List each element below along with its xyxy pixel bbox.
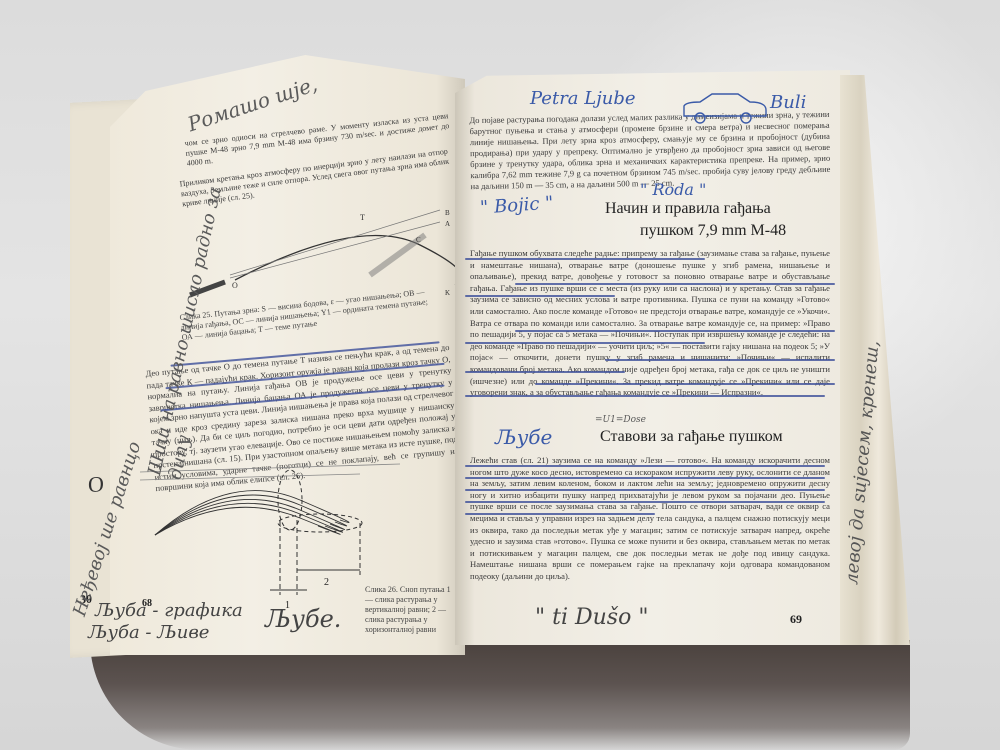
pen-underline [535,383,835,385]
section-1-title-line-2: пушком 7,9 mm М-48 [640,222,786,240]
handwriting-right-bottom: " ti Dušo " [535,605,648,630]
pen-underline [465,501,825,503]
svg-text:O: O [232,281,238,290]
pen-underline [515,330,835,332]
right-page-number: 69 [790,612,802,627]
left-page: чом се зрно односи на стрелчево раме. У … [110,55,465,655]
pen-underline [465,295,615,297]
pen-underline [465,477,825,479]
handwriting-right-top-label: Buli [770,92,806,113]
pen-underline [465,371,625,373]
back-page-heading: О [88,471,104,498]
pen-underline [465,489,825,491]
handwriting-section-2-note: Љубе [495,425,552,449]
book-shadow [90,640,910,750]
svg-text:B: B [445,209,450,217]
section-2-paragraph: Намештање нишана врши се померањем гајке… [470,559,830,581]
pen-underline [465,395,825,397]
section-2-body: Лежећи став (сл. 21) заузима се на коман… [470,455,830,583]
car-doodle-icon [680,92,770,124]
section-2-title: Ставови за гађање пушком [600,428,783,446]
svg-text:C: C [416,236,421,244]
svg-text:T: T [360,213,365,222]
pen-underline [465,258,705,260]
handwriting-left-bottom-1: Љуба - графика [95,600,243,621]
handwriting-quote-roda: " Roda " [640,180,706,199]
figure-26-caption: Слика 26. Сноп путања 1 — слика растурањ… [365,585,455,635]
handwriting-left-bottom-2: Љуба - Љиве [88,622,209,643]
dispersion-figure-26: 2 1 [140,460,400,620]
pen-underline [515,283,835,285]
svg-text:K: K [445,289,450,297]
figure-label-2: 2 [324,577,329,588]
section-1-body: Гађање пушком обухвата следеће радње: пр… [470,248,830,399]
svg-text:A: A [445,220,450,228]
handwriting-right-top-name: Petra Ljube [530,88,636,109]
pen-underline [465,465,825,467]
handwriting-left-bottom-center: Љубе. [265,605,341,633]
handwriting-section-2-small: =U1=Dose [595,415,646,425]
right-page: До појаве растурања погодака долази усле… [455,70,850,645]
pen-underline [605,359,835,361]
pen-underline [465,342,705,344]
pen-underline [465,513,655,515]
section-1-title-line-1: Начин и правила гађања [605,200,771,218]
